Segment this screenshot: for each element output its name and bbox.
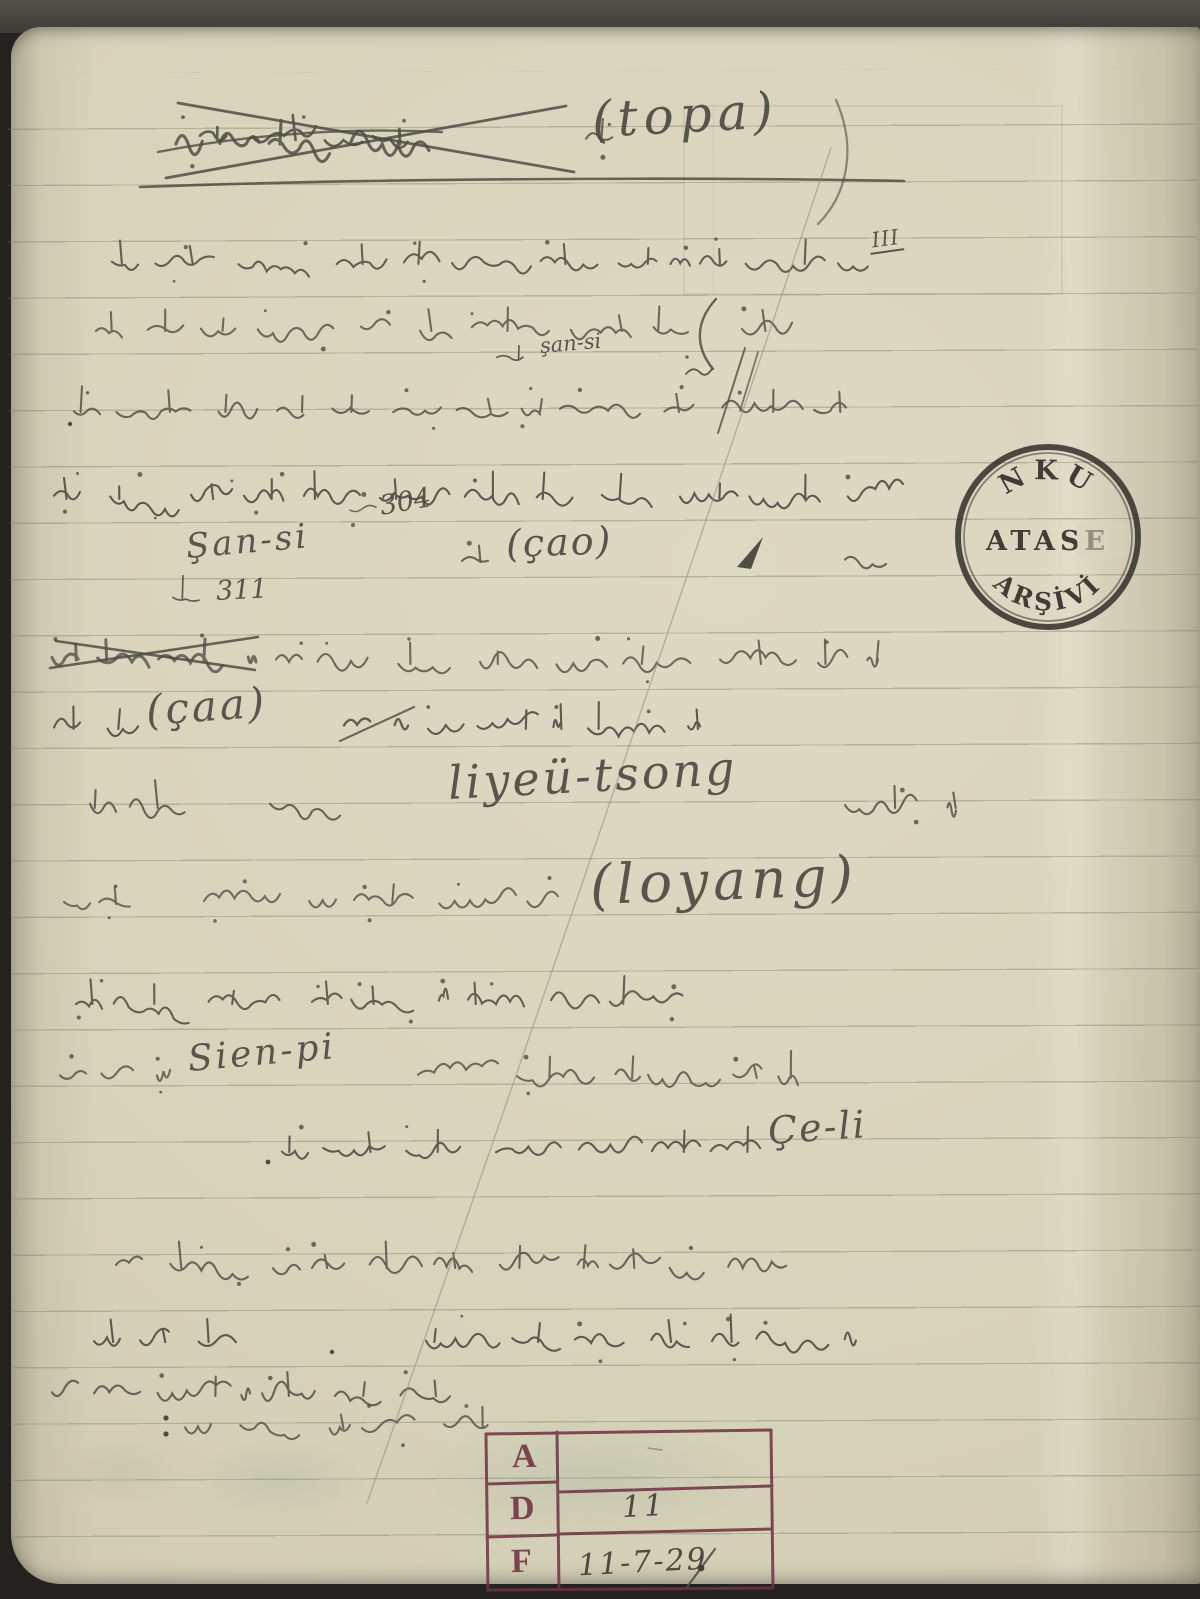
annotation-sansi: Şan-si [185,519,311,564]
title-underline [140,179,904,187]
diacritic-dot [159,1091,162,1094]
diacritic-dot [154,517,157,520]
diacritic-dot [254,511,258,515]
handwriting-stroke [276,640,879,674]
diacritic-dot [386,310,390,314]
catalog-faint-dash [648,1448,662,1450]
diacritic-dot [405,1125,408,1128]
diacritic-dot [230,479,233,482]
title-paren-tail [818,100,847,224]
title-annotation: (topa) [591,85,780,145]
diacritic-dot [184,245,188,249]
diacritic-dot [300,642,303,645]
diacritic-dot [358,982,362,986]
diacritic-dot [524,1055,529,1060]
diacritic-dot [763,1321,767,1325]
diacritic-dot [77,1015,81,1019]
diacritic-dot [286,1247,290,1251]
diacritic-dot [726,1317,731,1322]
diacritic-dot [243,879,247,883]
diacritic-dot [845,475,850,480]
diacritic-dot [311,1242,316,1247]
diacritic-dot [321,347,326,352]
caret-mark [737,537,763,569]
diacritic-dot [362,885,366,889]
catalog-row-label-d: D [510,1492,535,1526]
diacritic-dot [69,1054,74,1059]
period-dot [330,1350,334,1354]
diacritic-dot [114,885,117,888]
diacritic-dot [404,1370,408,1374]
diacritic-dot [520,424,524,428]
parenthesis-stroke [700,299,716,369]
diacritic-dot [914,820,919,825]
diacritic-dot [473,478,477,482]
catalog-row-divider [558,1529,772,1534]
diacritic-dot [302,115,306,119]
catalog-border-left [486,1434,488,1590]
diacritic-dot [303,241,307,245]
handwriting-stroke [185,1407,488,1439]
diacritic-dot [76,472,79,475]
strike-line [340,707,414,741]
handwriting-stroke [52,1372,450,1405]
annotation-cao: (çao) [505,521,613,563]
diacritic-dot [402,119,406,123]
handwriting-stroke [76,976,682,1023]
diacritic-dot [137,472,142,477]
diacritic-dot [457,883,460,886]
stamp-fade-smudge [1077,524,1125,556]
diacritic-dot [733,1057,738,1062]
period-dot [68,422,72,426]
handwriting-stroke [74,386,846,419]
diacritic-dot [407,637,410,640]
stamp-text-top-path: GNKUR [0,0,1103,501]
diacritic-dot [401,1443,405,1447]
diacritic-dot [361,492,366,497]
diacritic-dot [63,510,67,514]
handwriting-stroke [54,471,903,516]
diacritic-dot [683,1322,687,1326]
diacritic-dot [684,246,689,251]
diacritic-dot [460,1315,463,1318]
diacritic-dot [670,1017,674,1021]
catalog-row-divider [487,1535,558,1537]
diacritic-dot [600,155,605,160]
handwriting-stroke [94,1315,856,1353]
diacritic-dot [599,1359,603,1363]
diacritic-dot [471,312,474,315]
diacritic-dot [413,242,416,245]
diacritic-dot [529,387,532,390]
diacritic-dot [190,164,194,168]
diacritic-dot [578,388,582,392]
catalog-border-top [486,1430,771,1434]
diacritic-dot [577,1321,582,1326]
diacritic-dot [173,280,176,283]
slash-stroke [740,352,758,411]
diacritic-dot [646,680,649,683]
diacritic-dot [527,1092,531,1096]
diacritic-dot [900,788,905,793]
diacritic-dot [595,636,600,641]
handwriting-stroke [60,1051,798,1087]
stamp-text-top: GNKUR [0,0,1103,501]
colon-dot [163,1415,168,1420]
annotation-ref-311: 311 [215,575,268,605]
handwriting-stroke [96,306,792,341]
diacritic-dot [299,1125,304,1130]
annotation-interline-sansi: şan-si [539,331,602,357]
diacritic-dot [545,240,550,245]
handwriting-stroke [282,1127,760,1159]
diacritic-dot [741,306,746,311]
strike-line [178,103,574,172]
catalog-column-divider [557,1432,559,1589]
handwriting-stroke [497,346,523,360]
annotation-ce-li: Çe-li [767,1105,868,1150]
annotation-loyang: (loyang) [589,849,859,913]
diacritic-dot [409,1020,413,1024]
diacritic-dot [108,916,111,919]
catalog-value-f: 11-7-29 [577,1545,708,1582]
diacritic-dot [671,984,676,989]
diacritic-dot [465,1404,469,1408]
diacritic-dot [86,391,89,394]
diacritic-dot [423,280,426,283]
diacritic-dot [316,985,319,988]
diacritic-dot [440,979,445,984]
handwriting-stroke [173,576,199,601]
diacritic-dot [714,237,717,240]
diacritic-dot [733,1358,736,1361]
diacritic-dot [689,1246,693,1250]
margin-numeral: III [867,226,904,254]
colon-dot [163,1431,168,1436]
annotation-caa: (çaa) [145,682,269,732]
diacritic-dot [490,982,493,985]
catalog-row-label-f: F [511,1545,532,1579]
diacritic-dot [156,1057,160,1061]
diacritic-dot [181,115,185,119]
diacritic-dot [367,1404,371,1408]
diacritic-dot [426,705,430,709]
diacritic-dot [405,388,409,392]
handwriting-stroke [112,240,868,277]
diacritic-dot [547,876,551,880]
diacritic-dot [351,523,355,527]
diacritic-dot [325,642,328,645]
diacritic-dot [100,979,103,982]
diacritic-dot [738,391,742,395]
period-dot [266,1160,271,1165]
diacritic-dot [825,640,829,644]
diacritic-dot [237,1282,241,1286]
handwriting-stroke [350,505,376,511]
diacritic-dot [368,918,372,922]
catalog-border-right [771,1430,773,1588]
diacritic-dot [200,633,204,637]
diacritic-dot [200,1246,203,1249]
diacritic-dot [264,309,267,312]
diacritic-dot [680,385,684,389]
diacritic-dot [268,1376,273,1381]
handwriting-stroke [64,884,558,909]
catalog-border-bottom [488,1588,773,1590]
diacritic-dot [627,637,630,640]
handwriting-stroke [686,369,712,375]
diacritic-dot [685,355,688,358]
strike-line [50,637,258,668]
catalog-value-d: 11 [621,1491,667,1523]
diacritic-dot [213,919,217,923]
diacritic-dot [647,710,651,714]
strike-line [56,641,255,670]
annotation-liyeu-tsong: liyeü-tsong [447,745,739,806]
catalog-row-label-a: A [512,1440,537,1474]
catalog-row-divider [487,1482,557,1484]
scanned-notebook-page: GNKUR ATASE ARŞİVİ (topa) III şan-si 304… [0,0,1200,1599]
diacritic-dot [159,1373,164,1378]
diacritic-dot [432,427,435,430]
diacritic-dot [280,472,285,477]
diacritic-dot [467,541,472,546]
slash-stroke [718,348,745,433]
diacritic-dot [554,705,558,709]
